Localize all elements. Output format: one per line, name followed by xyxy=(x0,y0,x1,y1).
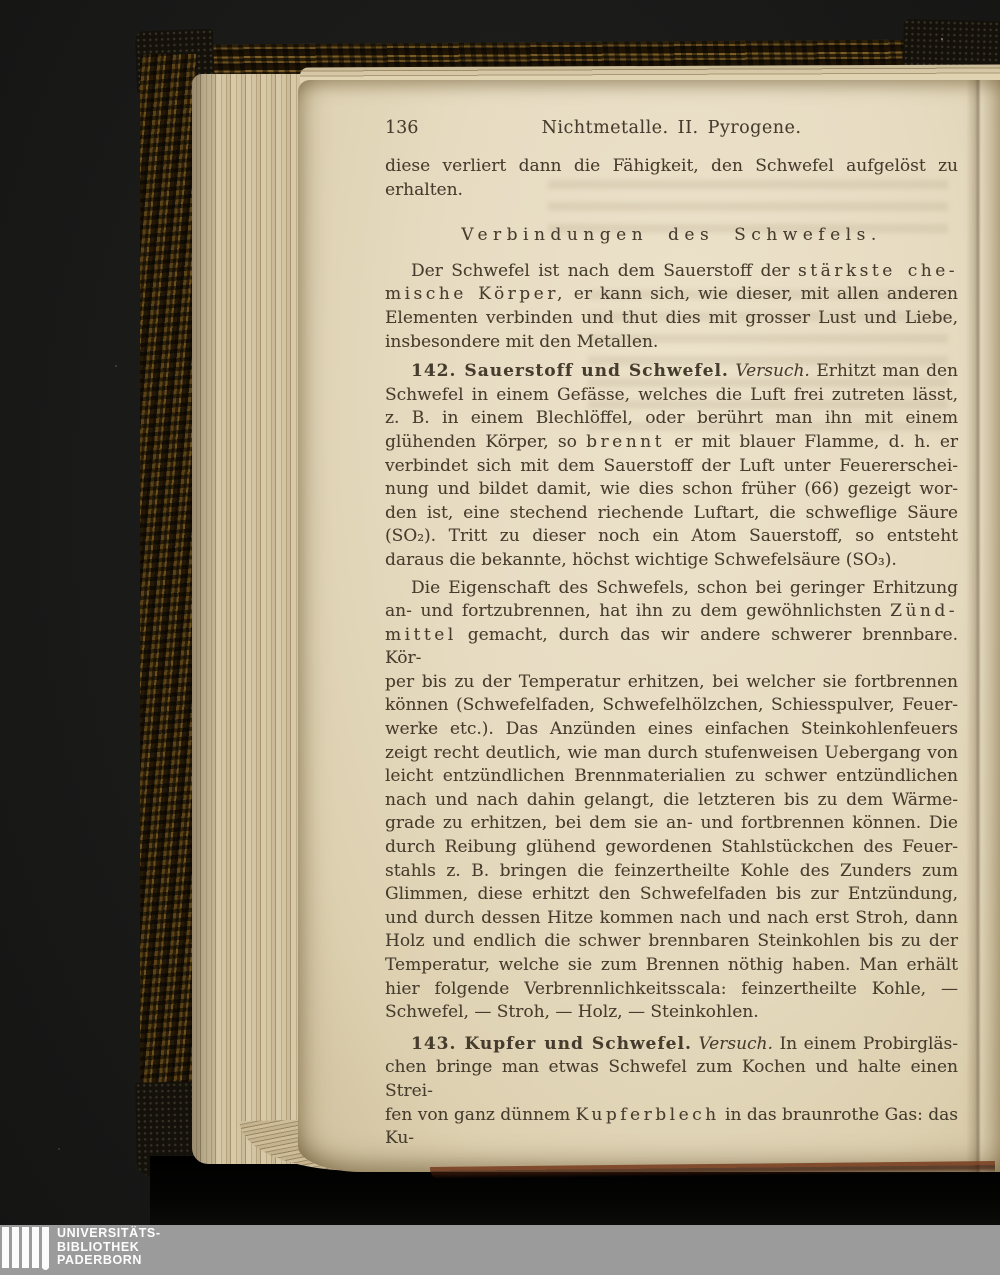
logo-bar xyxy=(12,1227,19,1268)
text-line: 143. Kupfer und Schwefel. Versuch. In ei… xyxy=(385,1033,958,1057)
page-text-column: 136 Nichtmetalle. II. Pyrogene. diese ve… xyxy=(385,117,958,1151)
text-line: Der Schwefel ist nach dem Sauerstoff der… xyxy=(385,260,958,284)
text-line: zeigt recht deutlich, wie man durch stuf… xyxy=(385,742,958,766)
text-line: durch Reibung glühend gewordenen Stahlst… xyxy=(385,836,958,860)
text-line: verbindet sich mit dem Sauerstoff der Lu… xyxy=(385,455,958,479)
text-line: daraus die bekannte, höchst wichtige Sch… xyxy=(385,549,958,573)
text-line: mische Körper, er kann sich, wie dieser,… xyxy=(385,283,958,307)
text-line: stahls z. B. bringen die feinzertheilte … xyxy=(385,860,958,884)
logo-bar xyxy=(22,1227,29,1268)
library-name: UNIVERSITÄTS- BIBLIOTHEK PADERBORN xyxy=(57,1227,161,1268)
text-line: und durch dessen Hitze kommen nach und n… xyxy=(385,907,958,931)
text-line: fen von ganz dünnem Kupferblech in das b… xyxy=(385,1104,958,1151)
logo-bar xyxy=(32,1227,39,1268)
text-line: grade zu erhitzen, bei dem sie an- und f… xyxy=(385,812,958,836)
text-line: leicht entzündlichen Brennmaterialien zu… xyxy=(385,765,958,789)
page-gutter-fold xyxy=(966,80,1000,1172)
text-line: Elementen verbinden und thut dies mit gr… xyxy=(385,307,958,331)
dust-speck xyxy=(58,1148,60,1150)
running-title: Nichtmetalle. II. Pyrogene. xyxy=(385,117,958,141)
text-line: Schwefel, — Stroh, — Holz, — Steinkohlen… xyxy=(385,1001,958,1025)
paragraph: 143. Kupfer und Schwefel. Versuch. In ei… xyxy=(385,1033,958,1151)
paragraph: 142. Sauerstoff und Schwefel. Versuch. E… xyxy=(385,360,958,572)
text-line: glühenden Körper, so brennt er mit blaue… xyxy=(385,431,958,455)
book-scan-photo: 136 Nichtmetalle. II. Pyrogene. diese ve… xyxy=(0,0,1000,1275)
paragraph: Der Schwefel ist nach dem Sauerstoff der… xyxy=(385,260,958,354)
text-line: (SO₂). Tritt zu dieser noch ein Atom Sau… xyxy=(385,525,958,549)
body-paragraphs: Der Schwefel ist nach dem Sauerstoff der… xyxy=(385,260,958,1151)
library-banner: UNIVERSITÄTS- BIBLIOTHEK PADERBORN xyxy=(0,1225,1000,1275)
paragraph: diese verliert dann die Fähigkeit, den S… xyxy=(385,155,958,202)
text-line: werke etc.). Das Anzünden eines einfache… xyxy=(385,718,958,742)
text-line: diese verliert dann die Fähigkeit, den S… xyxy=(385,155,958,179)
text-line: erhalten. xyxy=(385,179,958,203)
page-stack-fore-edges xyxy=(192,74,312,1164)
text-line: Glimmen, diese erhitzt den Schwefelfaden… xyxy=(385,883,958,907)
library-name-line: PADERBORN xyxy=(57,1254,161,1268)
logo-bar xyxy=(42,1227,49,1268)
text-line: Holz und endlich die schwer brennbaren S… xyxy=(385,930,958,954)
text-line: insbesondere mit den Metallen. xyxy=(385,331,958,355)
text-line: 142. Sauerstoff und Schwefel. Versuch. E… xyxy=(385,360,958,384)
text-line: nach und nach dahin gelangt, die letzter… xyxy=(385,789,958,813)
text-line: mittel gemacht, durch das wir andere sch… xyxy=(385,624,958,671)
text-line: z. B. in einem Blechlöffel, oder berührt… xyxy=(385,407,958,431)
text-line: Die Eigenschaft des Schwefels, schon bei… xyxy=(385,577,958,601)
text-line: Temperatur, welche sie zum Brennen nöthi… xyxy=(385,954,958,978)
library-name-line: BIBLIOTHEK xyxy=(57,1241,161,1255)
library-logo-icon xyxy=(2,1227,54,1273)
book-cover-spine xyxy=(140,54,196,1172)
dust-speck xyxy=(941,38,943,40)
section-heading: Verbindungen des Schwefels. xyxy=(385,224,958,248)
text-line: nung und bildet damit, wie dies schon fr… xyxy=(385,478,958,502)
library-name-line: UNIVERSITÄTS- xyxy=(57,1227,161,1241)
logo-bar xyxy=(2,1227,9,1268)
text-line: können (Schwefelfaden, Schwefelhölzchen,… xyxy=(385,694,958,718)
text-line: per bis zu der Temperatur erhitzen, bei … xyxy=(385,671,958,695)
text-line: Schwefel in einem Gefässe, welches die L… xyxy=(385,384,958,408)
text-line: an- und fortzubrennen, hat ihn zu dem ge… xyxy=(385,600,958,624)
text-line: den ist, eine stechend riechende Luftart… xyxy=(385,502,958,526)
dust-speck xyxy=(115,365,117,367)
page-number: 136 xyxy=(385,117,418,141)
logo-dot xyxy=(42,1263,49,1270)
text-line: hier folgende Verbrennlichkeitsscala: fe… xyxy=(385,978,958,1002)
page-header: 136 Nichtmetalle. II. Pyrogene. xyxy=(385,117,958,141)
paragraph: Die Eigenschaft des Schwefels, schon bei… xyxy=(385,577,958,1025)
intro-paragraphs: diese verliert dann die Fähigkeit, den S… xyxy=(385,155,958,202)
text-line: chen bringe man etwas Schwefel zum Koche… xyxy=(385,1056,958,1103)
